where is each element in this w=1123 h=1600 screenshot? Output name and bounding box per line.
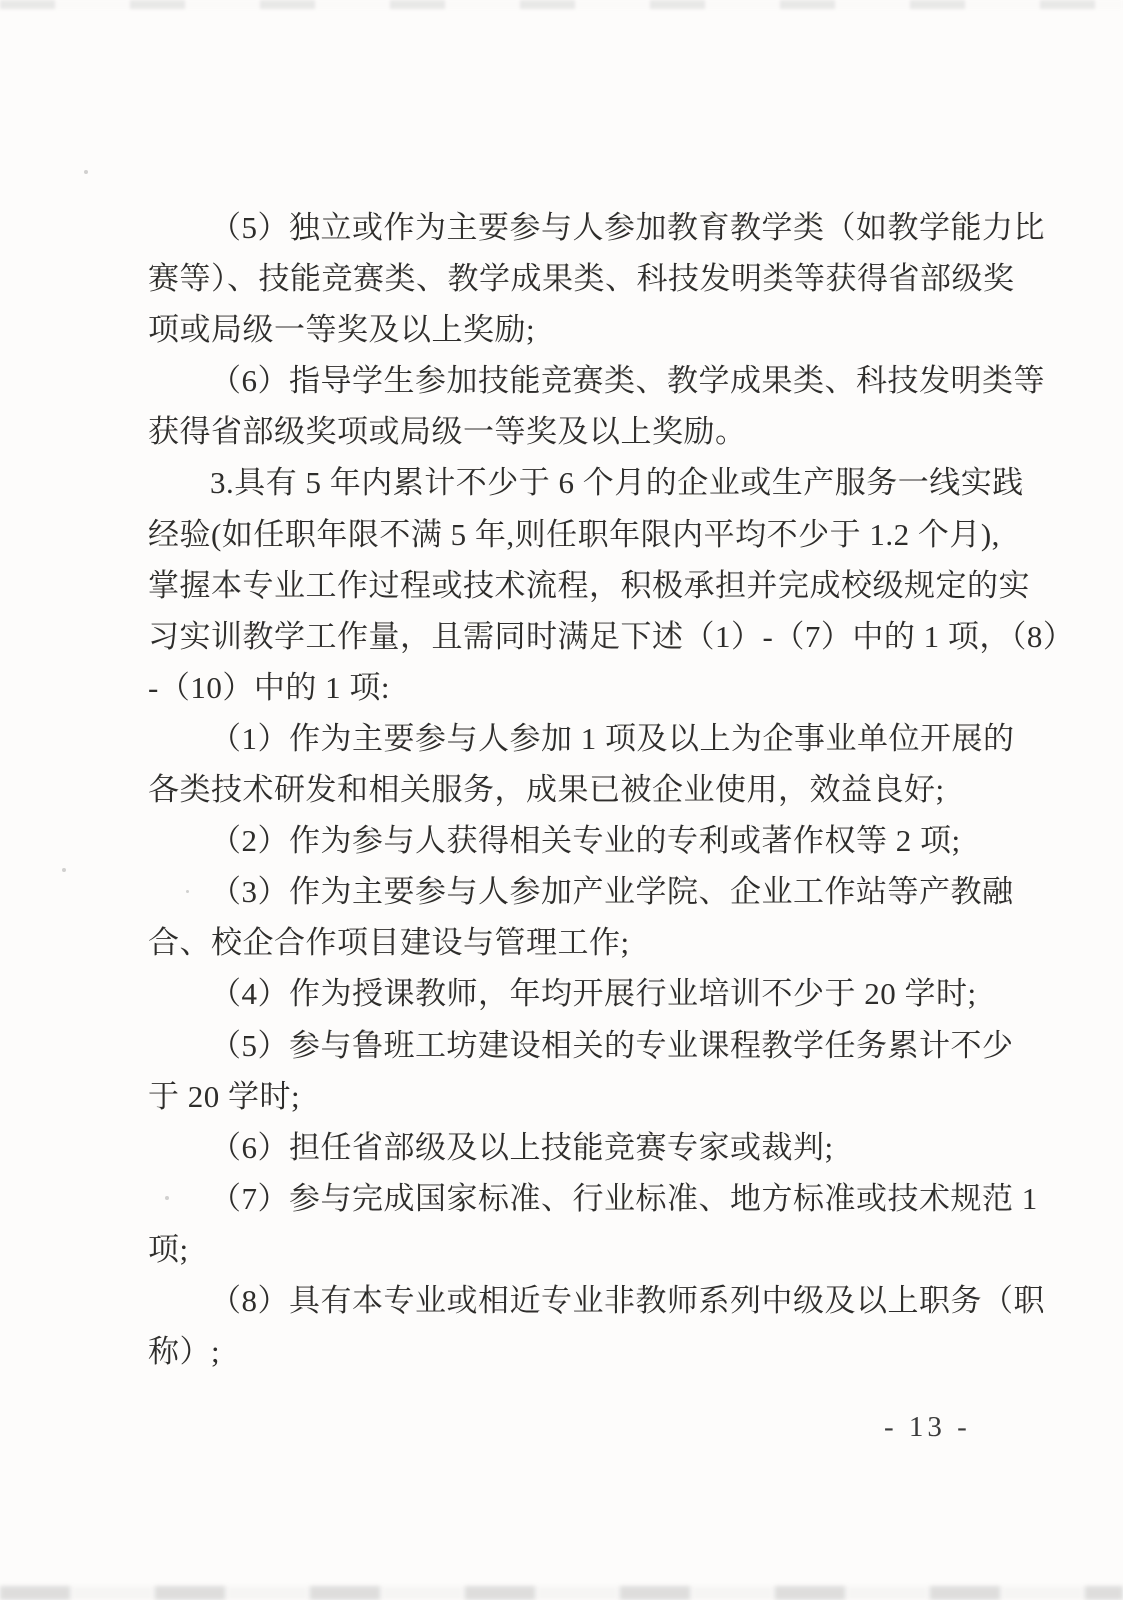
text-line: 掌握本专业工作过程或技术流程，积极承担并完成校级规定的实 — [148, 560, 993, 611]
text-line: （6）指导学生参加技能竞赛类、教学成果类、科技发明类等 — [148, 355, 993, 406]
text-line: 赛等）、技能竞赛类、教学成果类、科技发明类等获得省部级奖 — [148, 253, 993, 304]
text-line: 项; — [148, 1224, 993, 1275]
text-block: （5）独立或作为主要参与人参加教育教学类（如教学能力比赛等）、技能竞赛类、教学成… — [148, 202, 993, 1377]
text-line: 合、校企合作项目建设与管理工作; — [148, 917, 993, 968]
text-line: （5）参与鲁班工坊建设相关的专业课程教学任务累计不少 — [148, 1020, 993, 1071]
text-line: （1）作为主要参与人参加 1 项及以上为企事业单位开展的 — [148, 713, 993, 764]
text-line: （4）作为授课教师，年均开展行业培训不少于 20 学时; — [148, 968, 993, 1019]
scan-speck — [186, 890, 189, 893]
text-line: （8）具有本专业或相近专业非教师系列中级及以上职务（职 — [148, 1275, 993, 1326]
scan-speck — [165, 1196, 169, 1200]
text-line: 获得省部级奖项或局级一等奖及以上奖励。 — [148, 406, 993, 457]
text-line: 3.具有 5 年内累计不少于 6 个月的企业或生产服务一线实践 — [148, 457, 993, 508]
text-line: （3）作为主要参与人参加产业学院、企业工作站等产教融 — [148, 866, 993, 917]
text-line: 各类技术研发和相关服务，成果已被企业使用，效益良好; — [148, 764, 993, 815]
text-line: 经验(如任职年限不满 5 年,则任职年限内平均不少于 1.2 个月), — [148, 509, 993, 560]
scanned-document-page: { "page": { "page_number": "- 13 -", "co… — [0, 0, 1123, 1600]
text-line: 称）; — [148, 1326, 993, 1377]
text-line: 项或局级一等奖及以上奖励; — [148, 304, 993, 355]
text-line: （7）参与完成国家标准、行业标准、地方标准或技术规范 1 — [148, 1173, 993, 1224]
text-line: 于 20 学时; — [148, 1071, 993, 1122]
text-line: （2）作为参与人获得相关专业的专利或著作权等 2 项; — [148, 815, 993, 866]
text-line: -（10）中的 1 项: — [148, 662, 993, 713]
scan-artifact-bottom — [0, 1586, 1123, 1600]
text-line: （6）担任省部级及以上技能竞赛专家或裁判; — [148, 1122, 993, 1173]
scan-speck — [84, 170, 88, 174]
text-line: （5）独立或作为主要参与人参加教育教学类（如教学能力比 — [148, 202, 993, 253]
page-number: - 13 - — [884, 1411, 971, 1444]
scan-artifact-top — [0, 0, 1123, 9]
page-surface: （5）独立或作为主要参与人参加教育教学类（如教学能力比赛等）、技能竞赛类、教学成… — [0, 0, 1123, 1600]
text-line: 习实训教学工作量，且需同时满足下述（1）-（7）中的 1 项，（8） — [148, 611, 993, 662]
scan-speck — [62, 868, 66, 872]
